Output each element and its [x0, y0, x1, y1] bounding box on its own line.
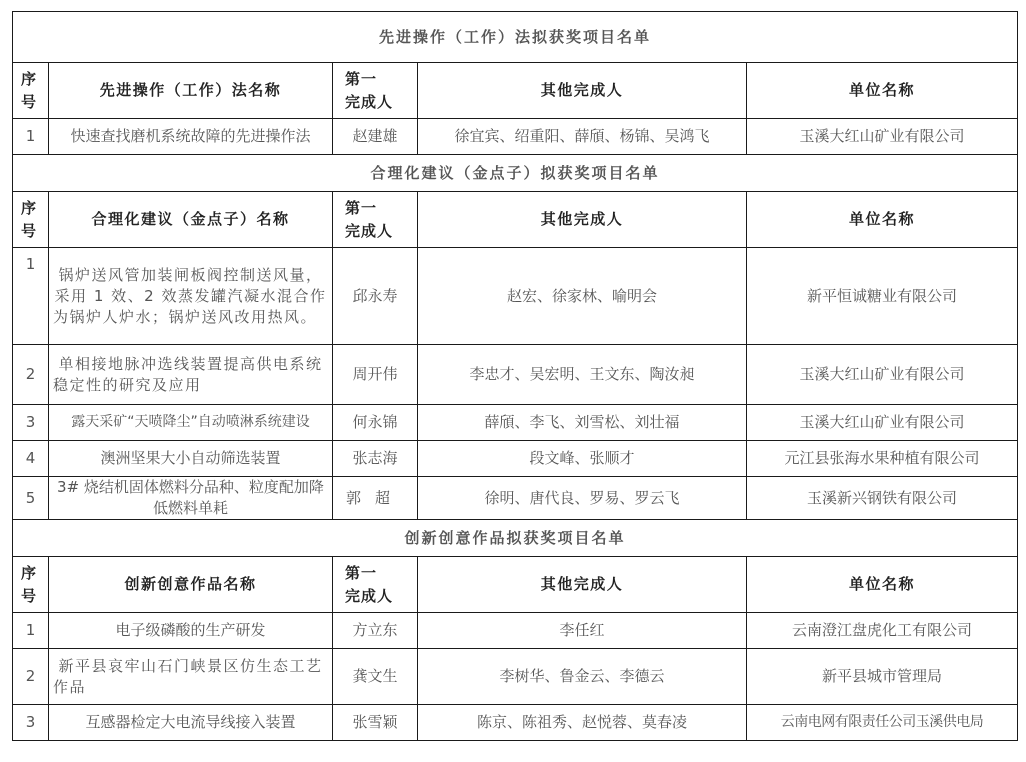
header-row: 序号 合理化建议（金点子）名称 第一完成人 其他完成人 单位名称: [13, 192, 1018, 248]
section-title-row: 先进操作（工作）法拟获奖项目名单: [13, 12, 1018, 63]
cell-seq: 2: [13, 649, 49, 705]
header-name: 先进操作（工作）法名称: [49, 63, 333, 119]
cell-name: 快速查找磨机系统故障的先进操作法: [49, 119, 333, 155]
cell-seq: 3: [13, 405, 49, 441]
cell-others: 李忠才、吴宏明、王文东、陶汝昶: [418, 345, 747, 405]
cell-name: 澳洲坚果大小自动筛选装置: [49, 441, 333, 477]
section-title: 先进操作（工作）法拟获奖项目名单: [13, 12, 1018, 63]
cell-unit: 新平县城市管理局: [747, 649, 1018, 705]
cell-seq: 1: [13, 613, 49, 649]
cell-unit: 新平恒诚糖业有限公司: [747, 248, 1018, 345]
cell-first: 郭超: [333, 477, 418, 520]
cell-name: 新平县哀牢山石门峡景区仿生态工艺作品: [49, 649, 333, 705]
cell-seq: 5: [13, 477, 49, 520]
table-row: 2 单相接地脉冲选线装置提高供电系统稳定性的研究及应用 周开伟 李忠才、吴宏明、…: [13, 345, 1018, 405]
cell-seq: 1: [13, 119, 49, 155]
cell-unit: 玉溪大红山矿业有限公司: [747, 345, 1018, 405]
header-unit: 单位名称: [747, 192, 1018, 248]
header-name: 合理化建议（金点子）名称: [49, 192, 333, 248]
cell-first: 周开伟: [333, 345, 418, 405]
header-unit: 单位名称: [747, 63, 1018, 119]
header-others: 其他完成人: [418, 63, 747, 119]
cell-first: 龚文生: [333, 649, 418, 705]
cell-seq: 1: [13, 248, 49, 345]
table-row: 1 快速查找磨机系统故障的先进操作法 赵建雄 徐宜宾、绍重阳、薛頎、杨锦、吴鸿飞…: [13, 119, 1018, 155]
table-row: 4 澳洲坚果大小自动筛选装置 张志海 段文峰、张顺才 元江县张海水果种植有限公司: [13, 441, 1018, 477]
cell-unit: 元江县张海水果种植有限公司: [747, 441, 1018, 477]
cell-name: 锅炉送风管加装闸板阀控制送风量，采用 1 效、2 效蒸发罐汽凝水混合作为锅炉人炉…: [49, 248, 333, 345]
header-name: 创新创意作品名称: [49, 557, 333, 613]
table-row: 5 3# 烧结机固体燃料分品种、粒度配加降低燃料单耗 郭超 徐明、唐代良、罗易、…: [13, 477, 1018, 520]
header-first: 第一完成人: [333, 557, 418, 613]
header-first: 第一完成人: [333, 63, 418, 119]
cell-others: 徐明、唐代良、罗易、罗云飞: [418, 477, 747, 520]
header-others: 其他完成人: [418, 192, 747, 248]
cell-first: 邱永寿: [333, 248, 418, 345]
cell-others: 陈京、陈祖秀、赵悦蓉、莫春凌: [418, 705, 747, 741]
cell-first: 何永锦: [333, 405, 418, 441]
award-list-table: 先进操作（工作）法拟获奖项目名单 序号 先进操作（工作）法名称 第一完成人 其他…: [12, 11, 1018, 741]
cell-name: 互感器检定大电流导线接入装置: [49, 705, 333, 741]
cell-seq: 2: [13, 345, 49, 405]
cell-first: 赵建雄: [333, 119, 418, 155]
header-unit: 单位名称: [747, 557, 1018, 613]
cell-others: 徐宜宾、绍重阳、薛頎、杨锦、吴鸿飞: [418, 119, 747, 155]
section-title: 合理化建议（金点子）拟获奖项目名单: [13, 155, 1018, 192]
section-title: 创新创意作品拟获奖项目名单: [13, 520, 1018, 557]
cell-others: 段文峰、张顺才: [418, 441, 747, 477]
table-row: 1 锅炉送风管加装闸板阀控制送风量，采用 1 效、2 效蒸发罐汽凝水混合作为锅炉…: [13, 248, 1018, 345]
cell-name: 电子级磷酸的生产研发: [49, 613, 333, 649]
header-seq: 序号: [13, 63, 49, 119]
cell-unit: 玉溪大红山矿业有限公司: [747, 119, 1018, 155]
section-title-row: 创新创意作品拟获奖项目名单: [13, 520, 1018, 557]
table-row: 1 电子级磷酸的生产研发 方立东 李任红 云南澄江盘虎化工有限公司: [13, 613, 1018, 649]
cell-name: 单相接地脉冲选线装置提高供电系统稳定性的研究及应用: [49, 345, 333, 405]
section-title-row: 合理化建议（金点子）拟获奖项目名单: [13, 155, 1018, 192]
cell-unit: 云南澄江盘虎化工有限公司: [747, 613, 1018, 649]
header-seq: 序号: [13, 557, 49, 613]
cell-name: 露天采矿“天喷降尘”自动喷淋系统建设: [49, 405, 333, 441]
table-row: 3 互感器检定大电流导线接入装置 张雪颖 陈京、陈祖秀、赵悦蓉、莫春凌 云南电网…: [13, 705, 1018, 741]
header-row: 序号 先进操作（工作）法名称 第一完成人 其他完成人 单位名称: [13, 63, 1018, 119]
cell-unit: 云南电网有限责任公司玉溪供电局: [747, 705, 1018, 741]
cell-seq: 4: [13, 441, 49, 477]
header-row: 序号 创新创意作品名称 第一完成人 其他完成人 单位名称: [13, 557, 1018, 613]
cell-unit: 玉溪新兴钢铁有限公司: [747, 477, 1018, 520]
header-others: 其他完成人: [418, 557, 747, 613]
cell-unit: 玉溪大红山矿业有限公司: [747, 405, 1018, 441]
cell-first: 张志海: [333, 441, 418, 477]
cell-first: 方立东: [333, 613, 418, 649]
table-row: 3 露天采矿“天喷降尘”自动喷淋系统建设 何永锦 薛頎、李飞、刘雪松、刘壮福 玉…: [13, 405, 1018, 441]
cell-seq: 3: [13, 705, 49, 741]
header-first: 第一完成人: [333, 192, 418, 248]
cell-others: 李树华、鲁金云、李德云: [418, 649, 747, 705]
cell-first: 张雪颖: [333, 705, 418, 741]
cell-others: 赵宏、徐家林、喻明会: [418, 248, 747, 345]
header-seq: 序号: [13, 192, 49, 248]
table-row: 2 新平县哀牢山石门峡景区仿生态工艺作品 龚文生 李树华、鲁金云、李德云 新平县…: [13, 649, 1018, 705]
cell-others: 李任红: [418, 613, 747, 649]
cell-name: 3# 烧结机固体燃料分品种、粒度配加降低燃料单耗: [49, 477, 333, 520]
cell-others: 薛頎、李飞、刘雪松、刘壮福: [418, 405, 747, 441]
